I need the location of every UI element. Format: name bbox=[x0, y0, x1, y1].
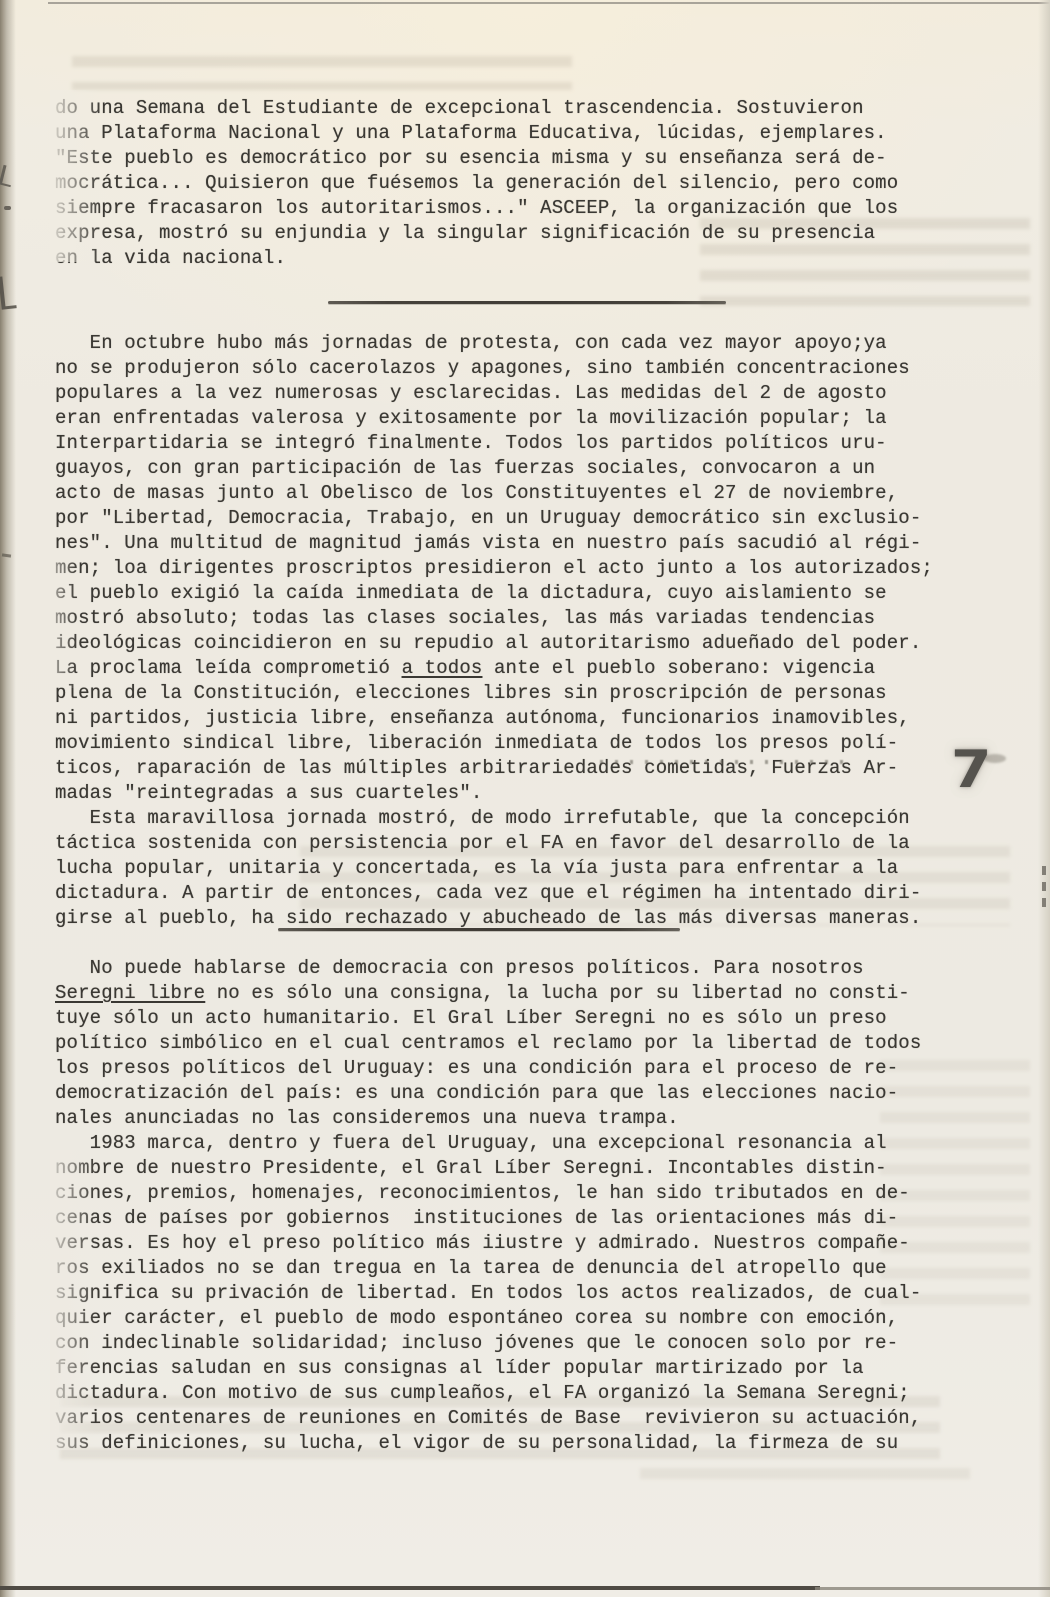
text-line: político simbólico en el cual centramos … bbox=[55, 1031, 975, 1056]
text-line: guayos, con gran participación de las fu… bbox=[55, 456, 975, 481]
text-line: mocrática... Quisieron que fuésemos la g… bbox=[55, 171, 975, 196]
text-line: sus definiciones, su lucha, el vigor de … bbox=[55, 1431, 975, 1456]
text-line: quier carácter, el pueblo de modo espont… bbox=[55, 1306, 975, 1331]
text-line: men; loa dirigentes proscriptos presidie… bbox=[55, 556, 975, 581]
text-line: dictadura. Con motivo de sus cumpleaños,… bbox=[55, 1381, 975, 1406]
text-line: eran enfrentadas valerosa y exitosamente… bbox=[55, 406, 975, 431]
text-line: versas. Es hoy el preso político más iiu… bbox=[55, 1231, 975, 1256]
text-line: con indeclinable solidaridad; incluso jó… bbox=[55, 1331, 975, 1356]
text-line: No puede hablarse de democracia con pres… bbox=[55, 956, 975, 981]
text-line: los presos políticos del Uruguay: es una… bbox=[55, 1056, 975, 1081]
right-margin-mark bbox=[1042, 866, 1046, 914]
text-line: Interpartidaria se integró finalmente. T… bbox=[55, 431, 975, 456]
text-line: expresa, mostró su enjundia y la singula… bbox=[55, 221, 975, 246]
text-line: do una Semana del Estudiante de excepcio… bbox=[55, 96, 975, 121]
text-line: acto de masas junto al Obelisco de los C… bbox=[55, 481, 975, 506]
text-line: no se produjeron sólo cacerolazos y apag… bbox=[55, 356, 975, 381]
text-line: Esta maravillosa jornada mostró, de modo… bbox=[55, 806, 975, 831]
text-line: populares a la vez numerosas y esclareci… bbox=[55, 381, 975, 406]
text-line: el pueblo exigió la caída inmediata de l… bbox=[55, 581, 975, 606]
page-number: 7 bbox=[951, 740, 992, 800]
page-edge-bottom bbox=[0, 1586, 820, 1590]
faint-dots-artifact bbox=[600, 760, 855, 764]
scanned-document-page: do una Semana del Estudiante de excepcio… bbox=[0, 0, 1050, 1597]
text-line: una Plataforma Nacional y una Plataforma… bbox=[55, 121, 975, 146]
paragraph-block-2: En octubre hubo más jornadas de protesta… bbox=[55, 331, 975, 931]
text-line: mostró absoluto; todas las clases social… bbox=[55, 606, 975, 631]
bleed-through-artifact bbox=[640, 1468, 970, 1494]
paragraph-block-1: do una Semana del Estudiante de excepcio… bbox=[55, 96, 975, 271]
page-edge-left bbox=[0, 0, 16, 1597]
text-line: significa su privación de libertad. En t… bbox=[55, 1281, 975, 1306]
text-line: dictadura. A partir de entonces, cada ve… bbox=[55, 881, 975, 906]
text-line: varios centenares de reuniones en Comité… bbox=[55, 1406, 975, 1431]
text-line: Seregni libre no es sólo una consigna, l… bbox=[55, 981, 975, 1006]
text-line: En octubre hubo más jornadas de protesta… bbox=[55, 331, 975, 356]
text-line: siempre fracasaron los autoritarismos...… bbox=[55, 196, 975, 221]
text-line: nes". Una multitud de magnitud jamás vis… bbox=[55, 531, 975, 556]
text-line: ros exiliados no se dan tregua en la tar… bbox=[55, 1256, 975, 1281]
text-line: ideológicas coincidieron en su repudio a… bbox=[55, 631, 975, 656]
text-line: ferencias saludan en sus consignas al lí… bbox=[55, 1356, 975, 1381]
bleed-through-artifact bbox=[72, 56, 572, 90]
section-divider-2 bbox=[278, 928, 680, 931]
text-line: tuye sólo un acto humanitario. El Gral L… bbox=[55, 1006, 975, 1031]
text-line: cenas de países por gobiernos institucio… bbox=[55, 1206, 975, 1231]
text-line: táctica sostenida con persistencia por e… bbox=[55, 831, 975, 856]
section-divider-1 bbox=[328, 301, 726, 304]
text-line: La proclama leída comprometió a todos an… bbox=[55, 656, 975, 681]
text-line: ni partidos, justicia libre, enseñanza a… bbox=[55, 706, 975, 731]
margin-ink-mark bbox=[4, 206, 11, 210]
text-line: en la vida nacional. bbox=[55, 246, 975, 271]
paragraph-block-3: No puede hablarse de democracia con pres… bbox=[55, 956, 975, 1456]
text-line: 1983 marca, dentro y fuera del Uruguay, … bbox=[55, 1131, 975, 1156]
text-line: "Este pueblo es democrático por su esenc… bbox=[55, 146, 975, 171]
text-line: nombre de nuestro Presidente, el Gral Lí… bbox=[55, 1156, 975, 1181]
text-line: plena de la Constitución, elecciones lib… bbox=[55, 681, 975, 706]
text-line: ciones, premios, homenajes, reconocimien… bbox=[55, 1181, 975, 1206]
text-line: por "Libertad, Democracia, Trabajo, en u… bbox=[55, 506, 975, 531]
text-line: nales anunciadas no las consideremos una… bbox=[55, 1106, 975, 1131]
page-edge-right bbox=[1038, 0, 1050, 1597]
page-edge-top bbox=[48, 2, 1050, 4]
text-line: movimiento sindical libre, liberación in… bbox=[55, 731, 975, 756]
text-line: democratización del país: es una condici… bbox=[55, 1081, 975, 1106]
page-edge-bottom-faint bbox=[815, 1587, 1050, 1590]
text-line: madas "reintegradas a sus cuarteles". bbox=[55, 781, 975, 806]
text-line: lucha popular, unitaria y concertada, es… bbox=[55, 856, 975, 881]
